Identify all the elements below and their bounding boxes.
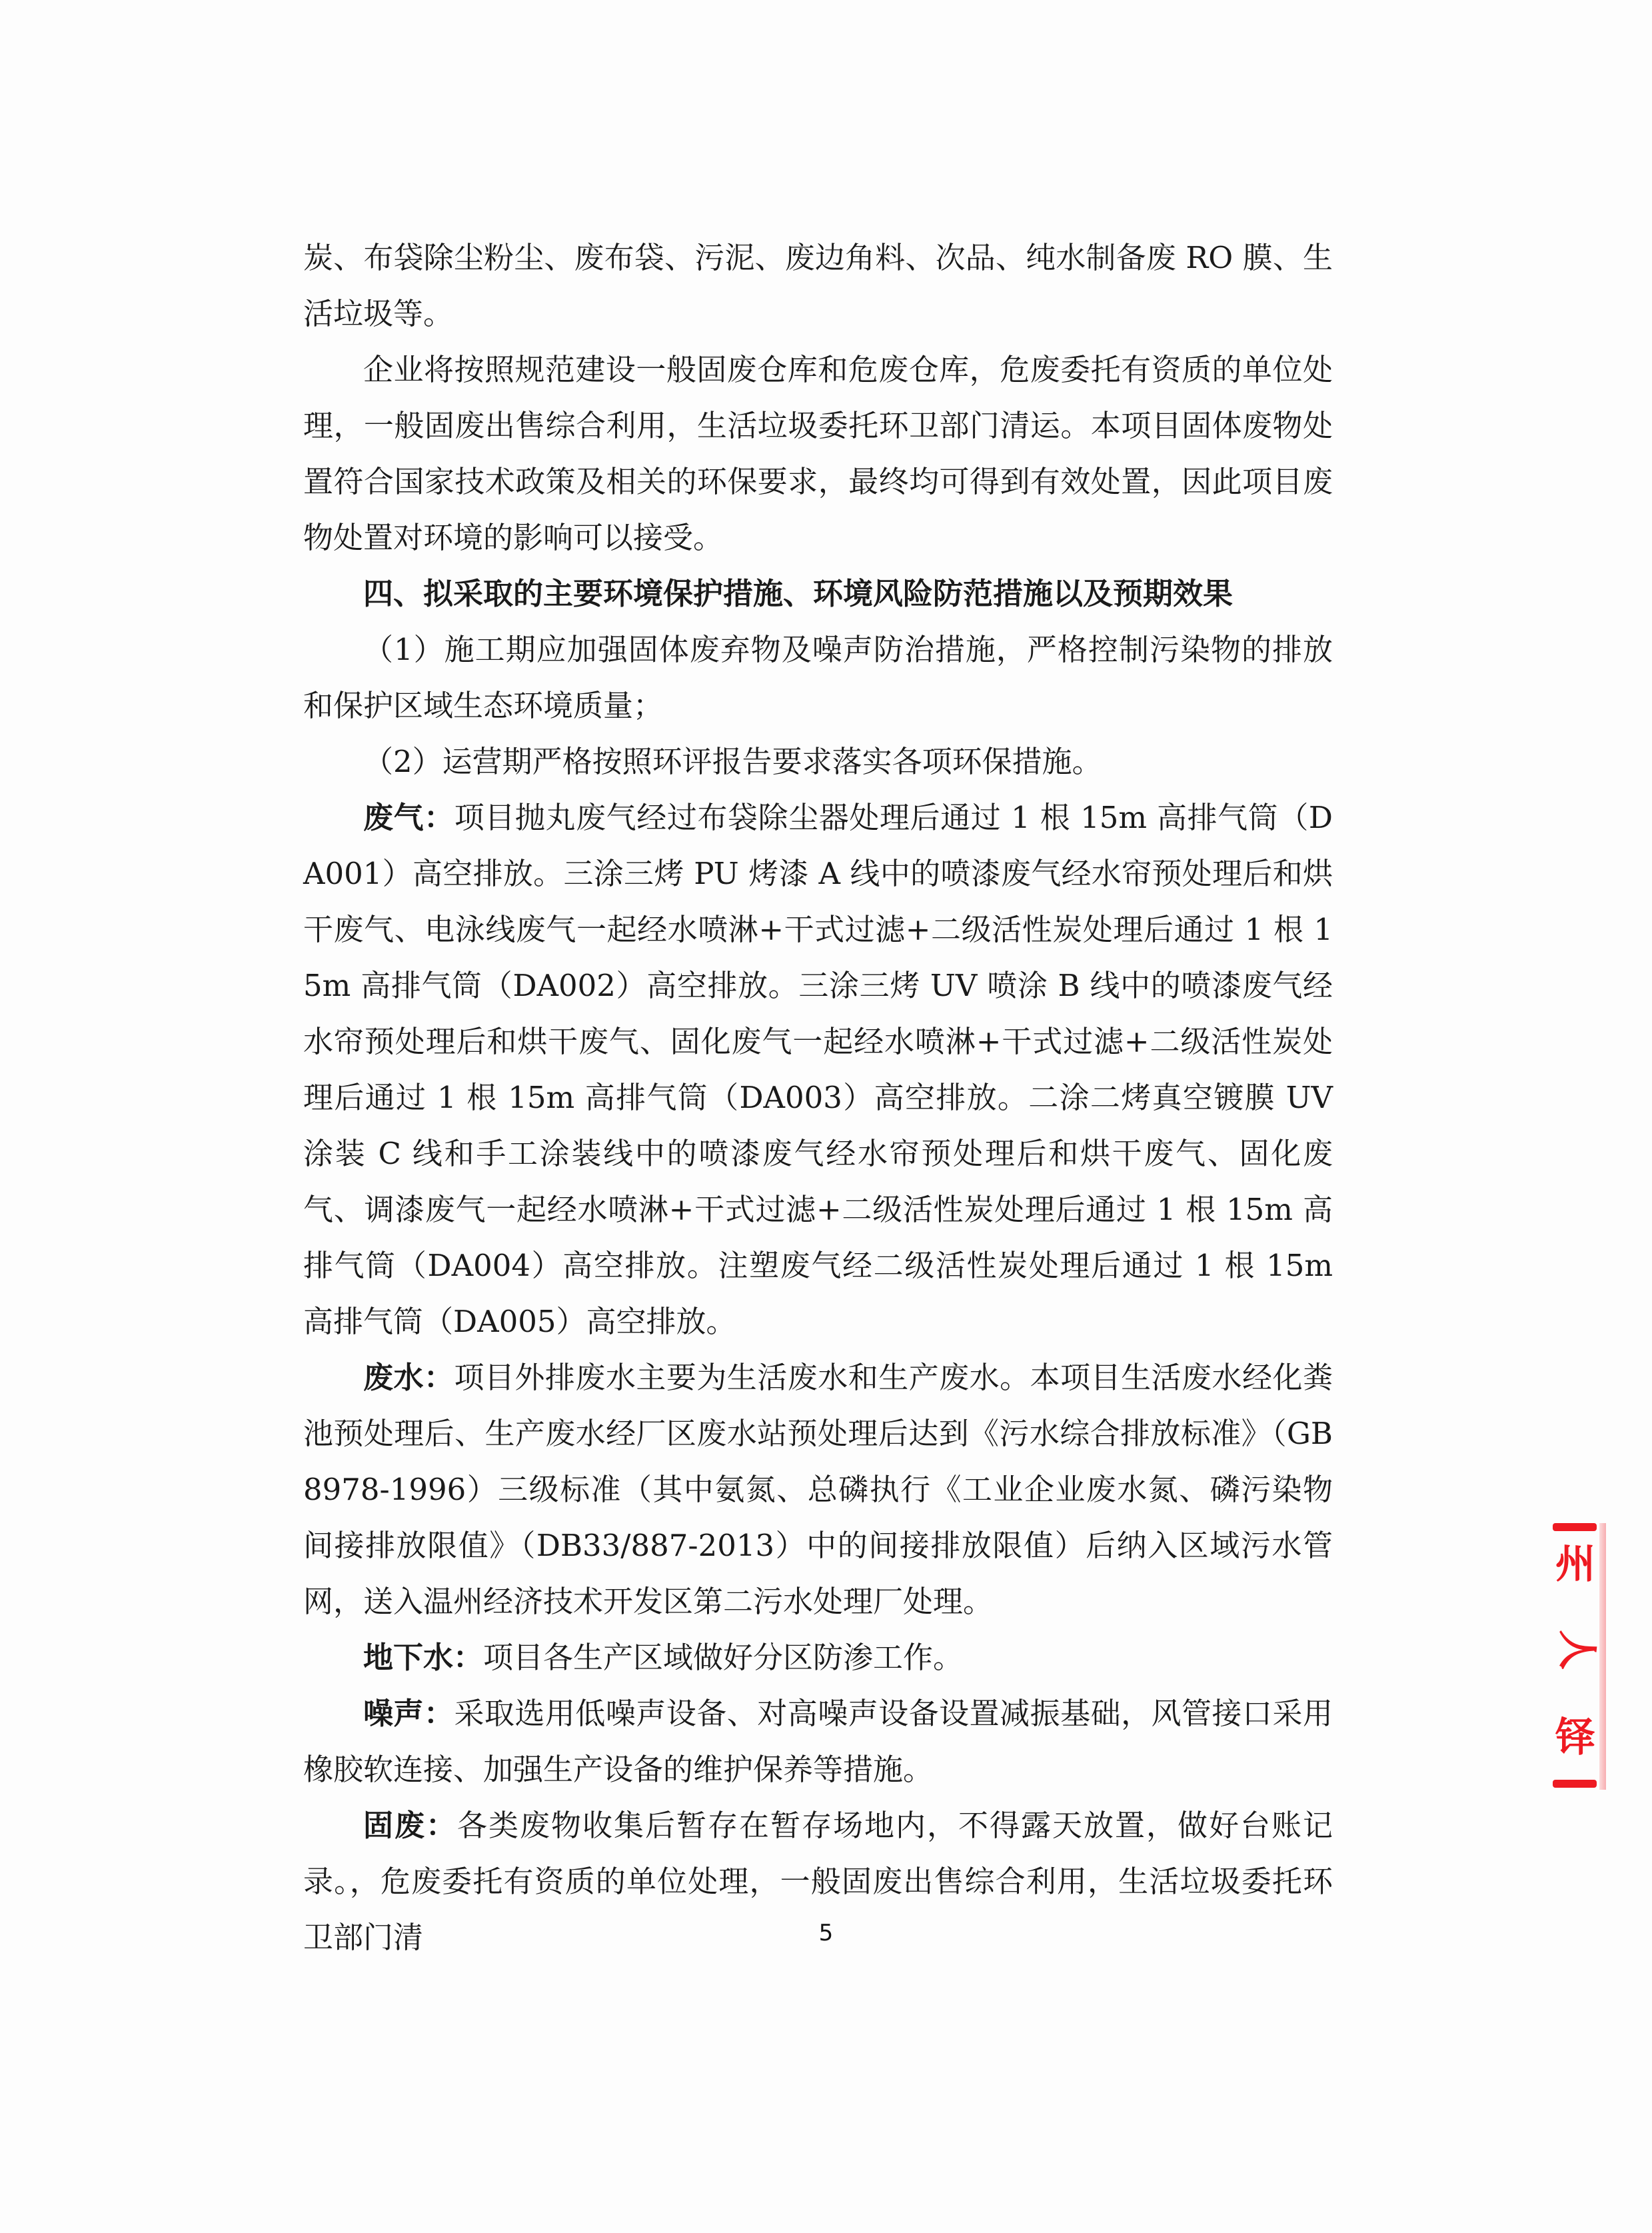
paragraph-text: 项目抛丸废气经过布袋除尘器处理后通过 1 根 15m 高排气筒（DA001）高空… <box>303 800 1333 1339</box>
paragraph-text: 项目各生产区域做好分区防渗工作。 <box>483 1640 963 1675</box>
paragraph-waste-gas: 废气：项目抛丸废气经过布袋除尘器处理后通过 1 根 15m 高排气筒（DA001… <box>303 790 1333 1350</box>
paragraph-solid-waste-disposal: 企业将按照规范建设一般固废仓库和危废仓库，危废委托有资质的单位处理，一般固废出售… <box>303 342 1333 566</box>
red-seal-stamp: 州 人 铎 <box>1553 1523 1606 1790</box>
paragraph-text: 项目外排废水主要为生活废水和生产废水。本项目生活废水经化粪池预处理后、生产废水经… <box>303 1360 1333 1619</box>
seal-char: 人 <box>1555 1630 1598 1672</box>
list-item-operation-phase: （2）运营期严格按照环评报告要求落实各项环保措施。 <box>303 734 1333 790</box>
list-item-construction-phase: （1）施工期应加强固体废弃物及噪声防治措施，严格控制污染物的排放和保护区域生态环… <box>303 622 1333 734</box>
seal-edge <box>1599 1523 1606 1790</box>
seal-char: 州 <box>1555 1543 1598 1586</box>
paragraph-text: 采取选用低噪声设备、对高噪声设备设置减振基础，风管接口采用橡胶软连接、加强生产设… <box>303 1696 1333 1787</box>
seal-border-bottom <box>1553 1780 1597 1788</box>
heading-text: 四、拟采取的主要环境保护措施、环境风险防范措施以及预期效果 <box>363 576 1233 611</box>
paragraph-lead-label: 废气： <box>363 800 454 835</box>
paragraph-solid-waste-list: 炭、布袋除尘粉尘、废布袋、污泥、废边角料、次品、纯水制备废 RO 膜、生活垃圾等… <box>303 230 1333 342</box>
section-heading-4: 四、拟采取的主要环境保护措施、环境风险防范措施以及预期效果 <box>303 566 1333 622</box>
paragraph-lead-label: 地下水： <box>363 1640 483 1675</box>
paragraph-text: 炭、布袋除尘粉尘、废布袋、污泥、废边角料、次品、纯水制备废 RO 膜、生活垃圾等… <box>303 240 1333 331</box>
paragraph-lead-label: 废水： <box>363 1360 454 1395</box>
document-page: 炭、布袋除尘粉尘、废布袋、污泥、废边角料、次品、纯水制备废 RO 膜、生活垃圾等… <box>303 230 1333 1966</box>
paragraph-waste-water: 废水：项目外排废水主要为生活废水和生产废水。本项目生活废水经化粪池预处理后、生产… <box>303 1350 1333 1630</box>
paragraph-noise: 噪声：采取选用低噪声设备、对高噪声设备设置减振基础，风管接口采用橡胶软连接、加强… <box>303 1686 1333 1798</box>
list-item-text: （2）运营期严格按照环评报告要求落实各项环保措施。 <box>363 744 1102 779</box>
paragraph-groundwater: 地下水：项目各生产区域做好分区防渗工作。 <box>303 1630 1333 1686</box>
paragraph-lead-label: 固废： <box>363 1808 457 1843</box>
list-item-text: （1）施工期应加强固体废弃物及噪声防治措施，严格控制污染物的排放和保护区域生态环… <box>303 632 1333 723</box>
paragraph-lead-label: 噪声： <box>363 1696 454 1731</box>
paragraph-text: 企业将按照规范建设一般固废仓库和危废仓库，危废委托有资质的单位处理，一般固废出售… <box>303 352 1333 555</box>
seal-char: 铎 <box>1555 1716 1598 1759</box>
seal-border-top <box>1553 1523 1597 1531</box>
page-number: 5 <box>0 1920 1652 1946</box>
